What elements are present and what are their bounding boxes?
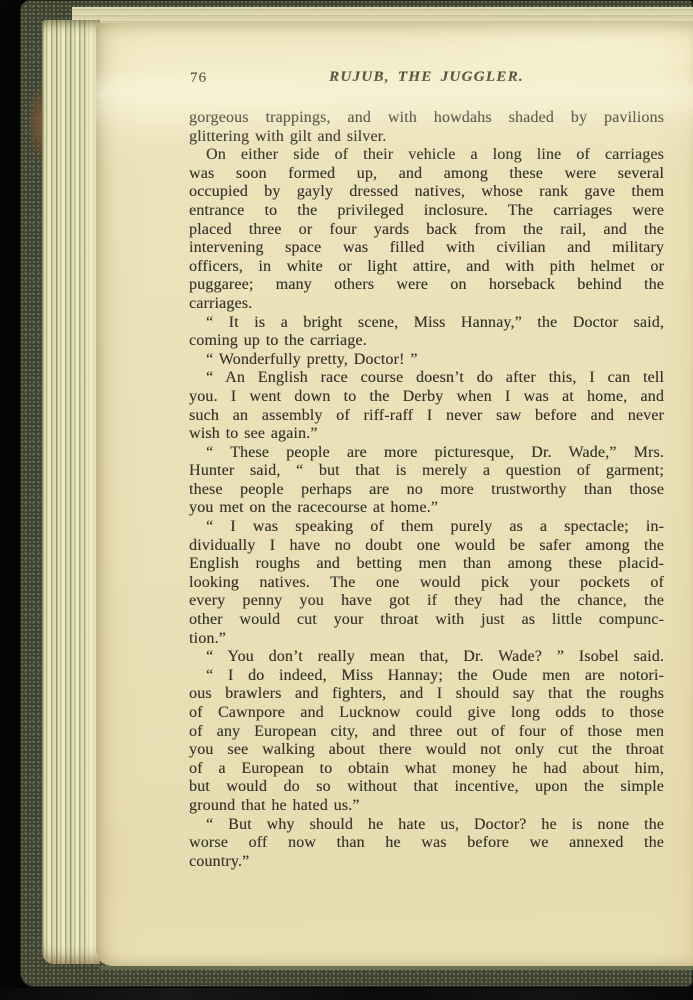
text-line: gorgeous trappings, and with howdahs sha…	[189, 109, 664, 128]
scanned-book-photo: 76 RUJUB, THE JUGGLER. gorgeous trapping…	[0, 0, 693, 1000]
text-line: wish to see again.”	[189, 425, 664, 444]
running-header: RUJUB, THE JUGGLER.	[329, 69, 524, 85]
text-line: you. I went down to the Derby when I was…	[189, 388, 664, 407]
background-shadow	[0, 988, 693, 1000]
book-page: 76 RUJUB, THE JUGGLER. gorgeous trapping…	[96, 23, 693, 966]
text-line: “ It is a bright scene, Miss Hannay,” th…	[189, 314, 664, 333]
text-line: “ I was speaking of them purely as a spe…	[189, 518, 664, 537]
text-line: “ An English race course doesn’t do afte…	[189, 369, 664, 388]
text-line: intervening space was filled with civili…	[189, 239, 664, 258]
text-line: you see walking about there would not on…	[189, 741, 664, 760]
text-line: English roughs and betting men than amon…	[189, 555, 664, 574]
text-line: ous brawlers and fighters, and I should …	[189, 685, 664, 704]
page-header: 76 RUJUB, THE JUGGLER.	[189, 67, 664, 87]
text-line: looking natives. The one would pick your…	[189, 574, 664, 593]
text-line: every penny you have got if they had the…	[189, 592, 664, 611]
text-line: of a European to obtain what money he ha…	[189, 760, 664, 779]
text-line: “ Wonderfully pretty, Doctor! ”	[189, 351, 664, 370]
page-edges-left	[42, 20, 100, 964]
text-line: worse off now than he was before we anne…	[189, 834, 664, 853]
text-line: was soon formed up, and among these were…	[189, 165, 664, 184]
text-line: you met on the racecourse at home.”	[189, 499, 664, 518]
text-line: country.”	[189, 853, 664, 872]
text-line: occupied by gayly dressed natives, whose…	[189, 183, 664, 202]
text-line: but would do so without that incentive, …	[189, 778, 664, 797]
text-line: Hunter said, “ but that is merely a ques…	[189, 462, 664, 481]
text-line: “ These people are more picturesque, Dr.…	[189, 444, 664, 463]
text-line: placed three or four yards back from the…	[189, 221, 664, 240]
text-line: other would cut your throat with just as…	[189, 611, 664, 630]
text-line: “ I do indeed, Miss Hannay; the Oude men…	[189, 667, 664, 686]
text-line: ground that he hated us.”	[189, 797, 664, 816]
text-line: entrance to the privileged inclosure. Th…	[189, 202, 664, 221]
text-line: carriages.	[189, 295, 664, 314]
text-line: dividually I have no doubt one would be …	[189, 537, 664, 556]
text-line: these people perhaps are no more trustwo…	[189, 481, 664, 500]
text-line: glittering with gilt and silver.	[189, 128, 664, 147]
text-line: “ But why should he hate us, Doctor? he …	[189, 816, 664, 835]
text-line: On either side of their vehicle a long l…	[189, 146, 664, 165]
text-line: of Cawnpore and Lucknow could give long …	[189, 704, 664, 723]
page-number: 76	[190, 68, 207, 88]
text-line: tion.”	[189, 630, 664, 649]
text-line: of any European city, and three out of f…	[189, 723, 664, 742]
text-line: officers, in white or light attire, and …	[189, 258, 664, 277]
page-text: gorgeous trappings, and with howdahs sha…	[189, 109, 664, 871]
text-line: coming up to the carriage.	[189, 332, 664, 351]
text-line: such an assembly of riff-raff I never sa…	[189, 407, 664, 426]
text-line: “ You don’t really mean that, Dr. Wade? …	[189, 648, 664, 667]
text-line: puggaree; many others were on horseback …	[189, 276, 664, 295]
